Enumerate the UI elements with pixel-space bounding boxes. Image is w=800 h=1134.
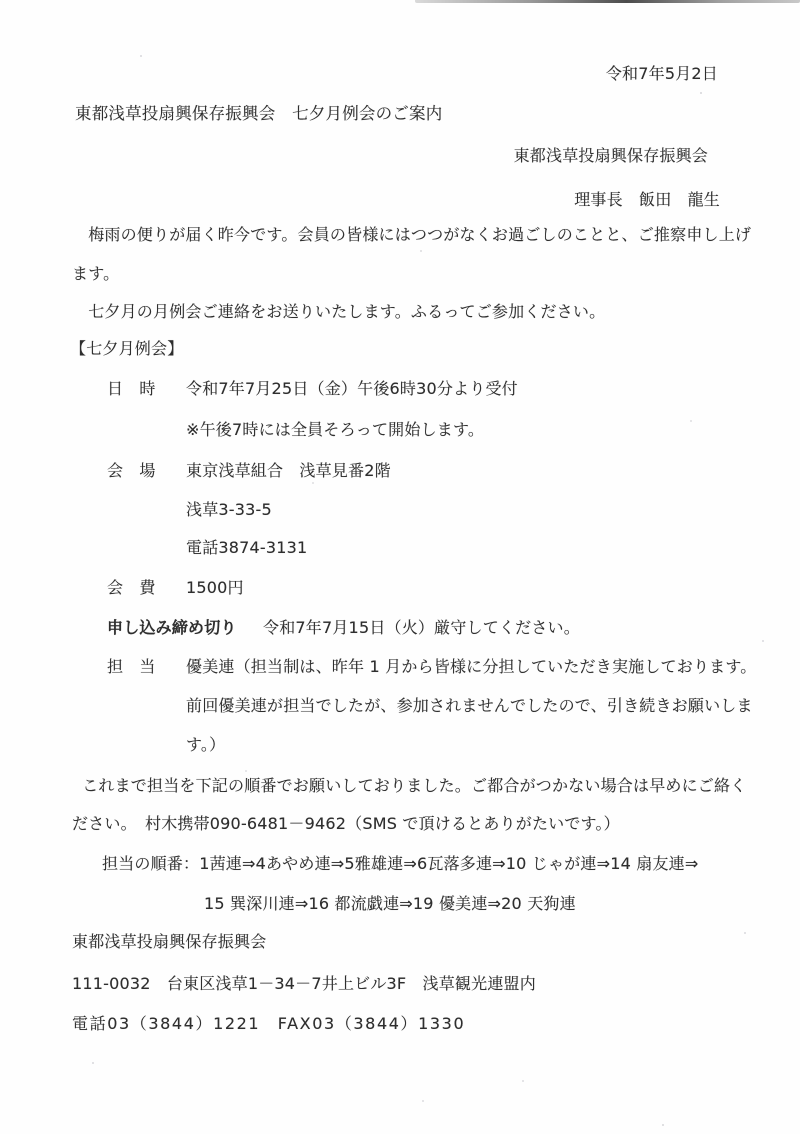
contact-note-line2: ださい。 村木携帯090-6481－9462（SMS で頂けるとありがたいです。…	[72, 813, 620, 835]
scanned-letter-page: 令和7年5月2日 東都浅草投扇興保存振興会 七夕月例会のご案内 東都浅草投扇興保…	[0, 0, 800, 1134]
greeting-paragraph-line2: ます。	[72, 263, 119, 285]
document-date: 令和7年5月2日	[606, 63, 718, 85]
fee-label: 会 費	[107, 577, 156, 599]
datetime-value: 令和7年7月25日（金）午後6時30分より受付	[186, 378, 518, 400]
footer-address: 111-0032 台東区浅草1－34－7井上ビル3F 浅草観光連盟内	[72, 973, 536, 995]
venue-phone: 電話3874-3131	[186, 537, 307, 559]
charge-value-line3: す。）	[186, 734, 225, 756]
footer-organization: 東都浅草投扇興保存振興会	[72, 931, 266, 953]
footer-phone-fax: 電話03（3844）1221 FAX03（3844）1330	[72, 1013, 465, 1035]
fee-value: 1500円	[186, 577, 244, 599]
intro-paragraph: 七夕月の月例会ご連絡をお送りいたします。ふるってご参加ください。	[72, 301, 605, 323]
sender-organization: 東都浅草投扇興保存振興会	[514, 145, 708, 167]
contact-note-line1: これまで担当を下記の順番でお願いしておりました。ご都合がつかない場合は早めにご絡…	[66, 775, 746, 797]
scan-noise-specks	[0, 0, 2, 2]
sender-title-name: 理事長 飯田 龍生	[574, 189, 720, 211]
charge-value-line2: 前回優美連が担当でしたが、参加されませんでしたので、引き続きお願いしま	[186, 695, 753, 717]
charge-order-line2: 15 巽深川連⇒16 都流戯連⇒19 優美連⇒20 天狗連	[204, 893, 576, 915]
greeting-paragraph-line1: 梅雨の便りが届く昨今です。会員の皆様にはつつがなくお過ごしのことと、ご推察申し上…	[72, 224, 751, 246]
charge-order-line1: 担当の順番：1茜連⇒4あやめ連⇒5雅雄連⇒6瓦落多連⇒10 じゃが連⇒14 扇友…	[102, 853, 698, 875]
scan-artifact-line	[415, 0, 800, 3]
deadline-label: 申し込み締め切り	[107, 617, 237, 639]
deadline-value: 令和7年7月15日（火）厳守してください。	[263, 617, 580, 639]
venue-label: 会 場	[107, 460, 156, 482]
charge-value-line1: 優美連（担当制は、昨年 1 月から皆様に分担していただき実施しております。	[186, 656, 756, 678]
venue-value: 東京浅草組合 浅草見番2階	[186, 460, 391, 482]
charge-label: 担 当	[107, 656, 156, 678]
datetime-label: 日 時	[107, 378, 156, 400]
document-subject: 東都浅草投扇興保存振興会 七夕月例会のご案内	[75, 103, 442, 125]
datetime-note: ※午後7時には全員そろって開始します。	[186, 419, 484, 441]
venue-address: 浅草3-33-5	[186, 499, 272, 521]
section-title: 【七夕月例会】	[70, 338, 183, 360]
